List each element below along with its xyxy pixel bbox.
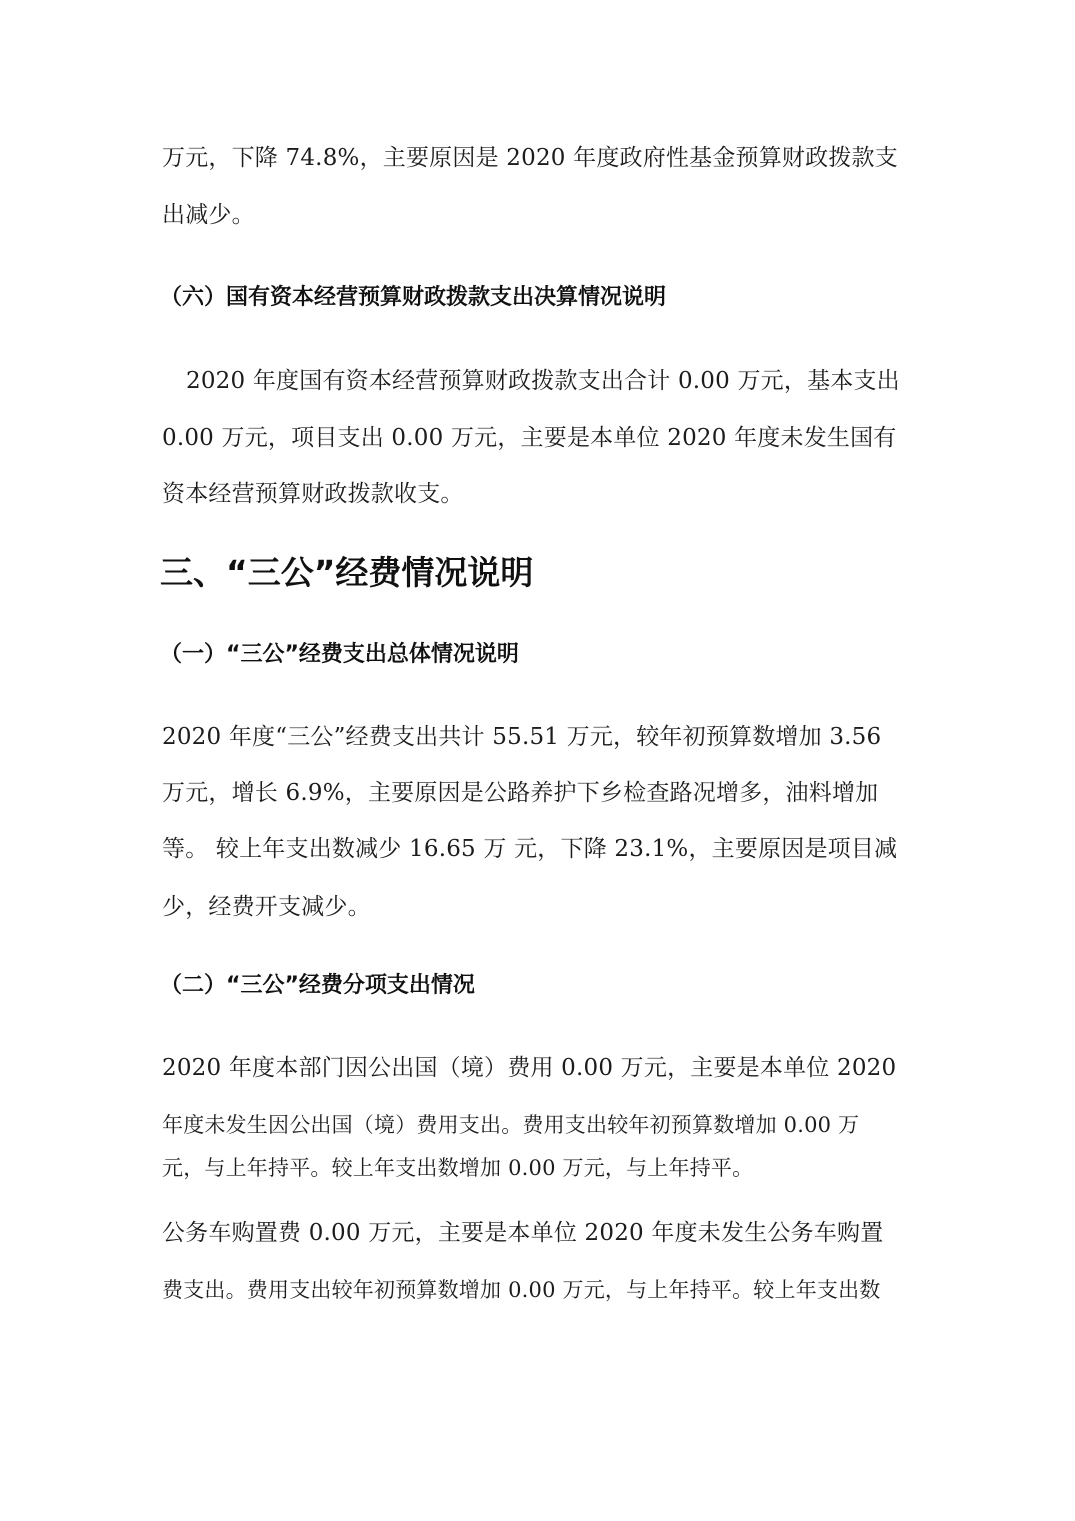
subsection-heading-1: （一）“三公”经费支出总体情况说明 [160,640,519,670]
text-line: 元，与上年持平。较上年支出数增加 0.00 万元，与上年持平。 [162,1153,753,1183]
text-line: 公务车购置费 0.00 万元，主要是本单位 2020 年度未发生公务车购置 [162,1218,883,1248]
chapter-heading-3: 三、“三公”经费情况说明 [160,553,533,593]
text-line: 2020 年度国有资本经营预算财政拨款支出合计 0.00 万元，基本支出 [186,366,900,396]
text-line: 出减少。 [162,200,255,230]
subsection-heading-2: （二）“三公”经费分项支出情况 [160,971,475,1001]
text-line: 少，经费开支减少。 [162,892,371,922]
text-line: 万元，下降 74.8%，主要原因是 2020 年度政府性基金预算财政拨款支 [162,143,898,173]
text-line: 等。 较上年支出数减少 16.65 万 元，下降 23.1%，主要原因是项目减 [162,834,897,864]
text-line: 费支出。费用支出较年初预算数增加 0.00 万元，与上年持平。较上年支出数 [162,1275,881,1305]
section-heading-6: （六）国有资本经营预算财政拨款支出决算情况说明 [160,283,666,313]
text-line: 2020 年度本部门因公出国（境）费用 0.00 万元，主要是本单位 2020 [162,1053,896,1083]
document-page: 万元，下降 74.8%，主要原因是 2020 年度政府性基金预算财政拨款支 出减… [0,0,1075,1521]
text-line: 万元，增长 6.9%，主要原因是公路养护下乡检查路况增多，油料增加 [162,778,878,808]
text-line: 0.00 万元，项目支出 0.00 万元，主要是本单位 2020 年度未发生国有 [162,423,897,453]
text-line: 2020 年度“三公”经费支出共计 55.51 万元，较年初预算数增加 3.56 [162,722,881,752]
text-line: 资本经营预算财政拨款收支。 [162,479,464,509]
text-line: 年度未发生因公出国（境）费用支出。费用支出较年初预算数增加 0.00 万 [162,1110,859,1140]
